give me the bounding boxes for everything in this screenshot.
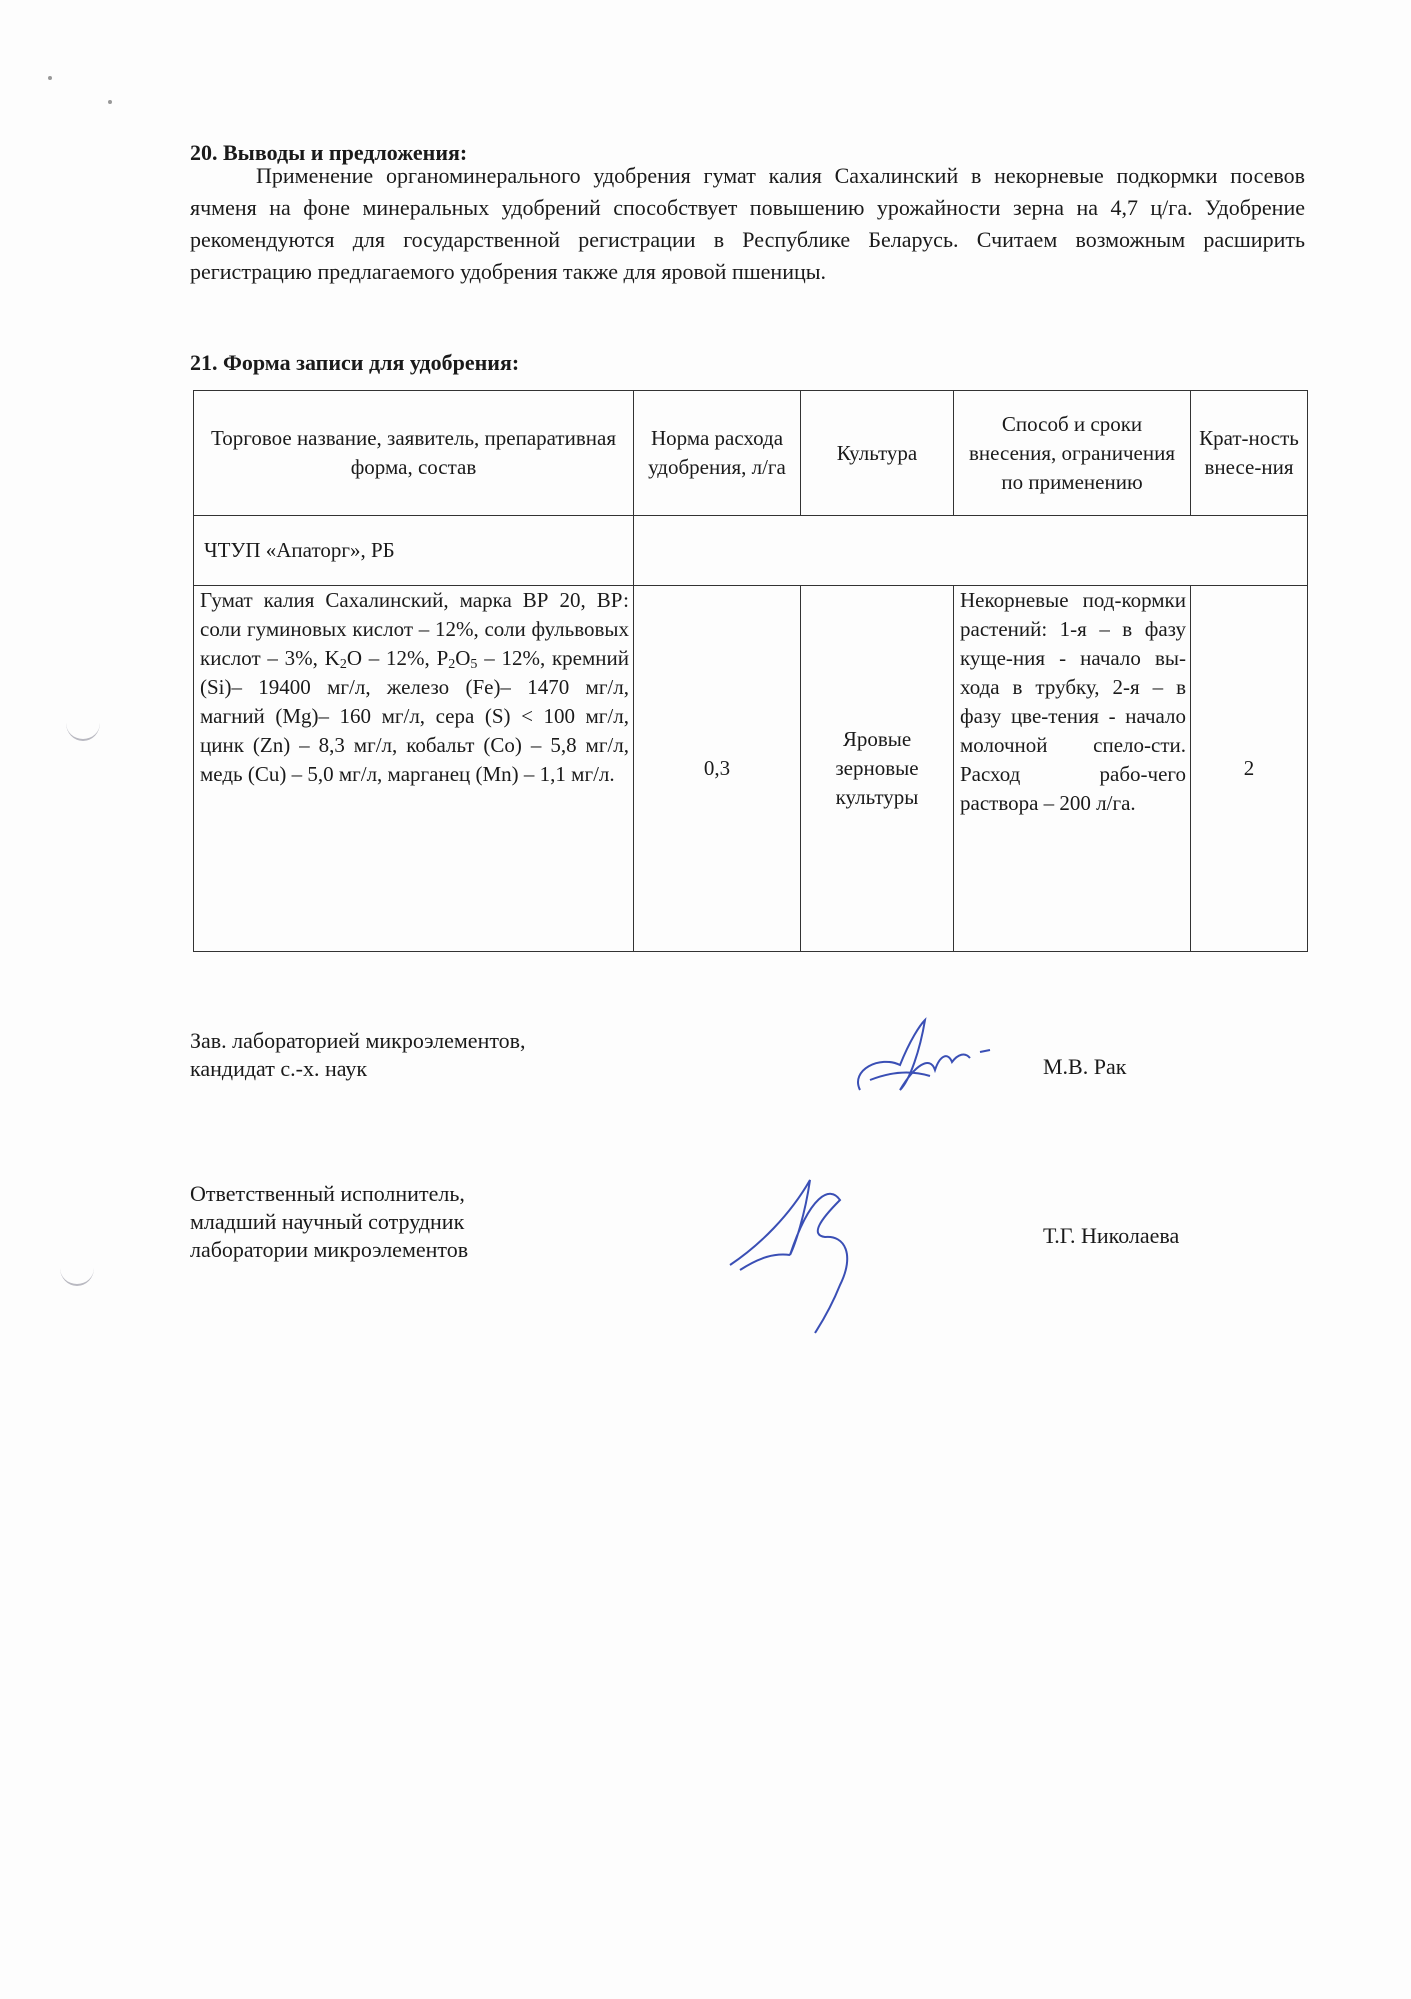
header-rate: Норма расхода удобрения, л/га: [634, 391, 801, 516]
signatory-2-name: Т.Г. Николаева: [1043, 1222, 1179, 1250]
rate-cell: 0,3: [634, 586, 801, 952]
signature-rak-icon: [840, 1010, 1030, 1100]
punch-hole: [66, 705, 100, 741]
registration-table: Торговое название, заявитель, препаратив…: [193, 390, 1308, 952]
signature-nikolaeva-icon: [720, 1175, 900, 1335]
method-cell: Некорневые под-кормки растений: 1-я – в …: [954, 586, 1191, 952]
crop-cell: Яровые зерновые культуры: [801, 586, 954, 952]
header-trade-name: Торговое название, заявитель, препаратив…: [194, 391, 634, 516]
table-row-applicant: ЧТУП «Апаторг», РБ: [194, 516, 1308, 586]
header-crop: Культура: [801, 391, 954, 516]
multiplicity-cell: 2: [1191, 586, 1308, 952]
applicant-cell: ЧТУП «Апаторг», РБ: [194, 516, 634, 586]
table-header-row: Торговое название, заявитель, препаратив…: [194, 391, 1308, 516]
signatory-1-name: М.В. Рак: [1043, 1053, 1126, 1081]
conclusions-paragraph: Применение органоминерального удобрения …: [190, 160, 1305, 288]
product-composition-cell: Гумат калия Сахалинский, марка ВР 20, ВР…: [194, 586, 634, 952]
applicant-empty-cell: [634, 516, 1308, 586]
scan-speck: [48, 76, 52, 80]
header-method: Способ и сроки внесения, ограничения по …: [954, 391, 1191, 516]
header-multiplicity: Крат-ность внесе-ния: [1191, 391, 1308, 516]
signatory-1-title: Зав. лабораторией микроэлементов, кандид…: [190, 1027, 526, 1083]
punch-hole: [60, 1250, 94, 1286]
table-row: Гумат калия Сахалинский, марка ВР 20, ВР…: [194, 586, 1308, 952]
signatory-2-title: Ответственный исполнитель, младший научн…: [190, 1180, 468, 1264]
section-21-heading: 21. Форма записи для удобрения:: [190, 350, 519, 376]
scan-speck: [108, 100, 112, 104]
